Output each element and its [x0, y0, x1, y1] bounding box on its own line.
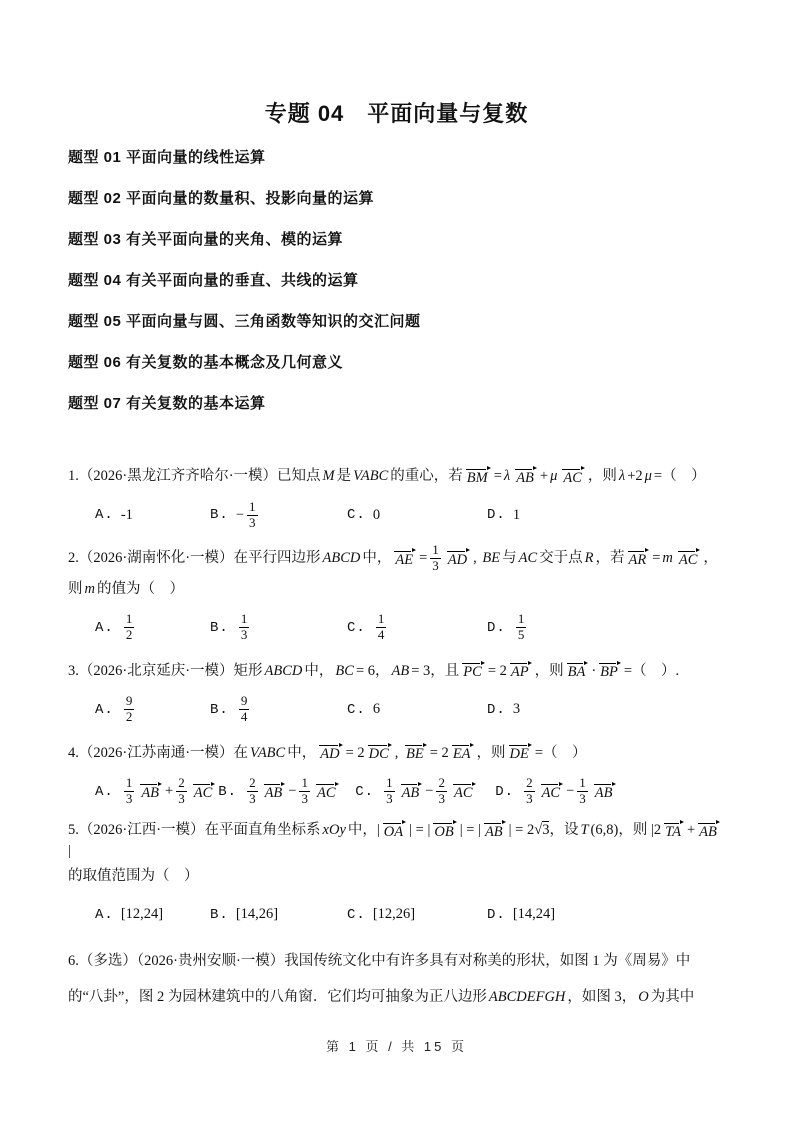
text-run: [14,24] — [513, 906, 555, 923]
text-run: − — [425, 783, 433, 800]
fraction-numerator: 9 — [124, 694, 135, 709]
math-var: λ — [619, 466, 625, 486]
fraction: 12 — [124, 612, 135, 643]
topic-heading-1: 题型 01 平面向量的线性运算 — [68, 148, 725, 167]
option-letter: B. — [210, 907, 229, 923]
text-run: ，则 — [477, 743, 506, 763]
math-var: M — [323, 466, 335, 486]
text-run: 2.（2026·湖南怀化·一模）在平行四边形 — [68, 548, 321, 568]
text-run: · — [591, 661, 596, 681]
fraction-numerator: 2 — [176, 776, 187, 791]
vector-term: AC — [541, 781, 564, 802]
question-5-line-2: 的取值范围为（ ） — [68, 861, 725, 891]
fraction-denominator: 4 — [239, 709, 250, 725]
option-letter: D. — [495, 784, 514, 800]
topic-heading-4: 题型 04 有关平面向量的垂直、共线的运算 — [68, 271, 725, 290]
fraction-denominator: 3 — [384, 791, 395, 807]
text-run: ， — [703, 548, 718, 568]
math-var: xOy — [323, 820, 346, 840]
vector-term: AC — [193, 781, 216, 802]
text-run: 是 — [337, 466, 352, 486]
vector-term: AD — [319, 742, 342, 763]
text-run: 4.（2026·江苏南通·一模）在 — [68, 743, 248, 763]
option-q5-D: D.[14,24] — [487, 906, 555, 923]
fraction: 13 — [577, 776, 588, 807]
fraction-numerator: 1 — [577, 776, 588, 791]
fraction: 13 — [247, 500, 258, 531]
fraction-denominator: 4 — [376, 627, 387, 643]
text-run: 1 — [513, 507, 520, 524]
option-letter: A. — [95, 702, 114, 718]
vector-term: OA — [383, 820, 406, 841]
question-1: 1.（2026·黑龙江齐齐哈尔·一模）已知点M是VABC的重心，若BM=λAB+… — [68, 461, 725, 539]
text-run: = 2 — [488, 661, 507, 681]
text-run: = 3，且 — [411, 661, 459, 681]
fraction: 13 — [299, 776, 310, 807]
fraction-numerator: 1 — [384, 776, 395, 791]
question-2: 2.（2026·湖南怀化·一模）在平行四边形ABCD中，AE=13AD, BE与… — [68, 543, 725, 652]
option-q3-A: A.92 — [95, 694, 210, 725]
fraction: 13 — [239, 612, 250, 643]
fraction-denominator: 3 — [524, 791, 535, 807]
text-run: 3 — [513, 701, 520, 718]
text-run: 5.（2026·江西·一模）在平面直角坐标系 — [68, 820, 321, 840]
question-5-options: A.[12,24]B.[14,26]C.[12,26]D.[14,24] — [68, 891, 725, 939]
fraction-denominator: 3 — [239, 627, 250, 643]
math-var: ABCD — [265, 661, 303, 681]
fraction-denominator: 3 — [124, 791, 135, 807]
vector-term: AB — [594, 781, 616, 802]
vector-term: OB — [433, 820, 456, 841]
math-var: λ — [504, 466, 510, 486]
option-letter: C. — [355, 784, 374, 800]
text-run: 6 — [373, 701, 380, 718]
fraction-denominator: 3 — [247, 791, 258, 807]
fraction-denominator: 2 — [124, 627, 135, 643]
math-var: μ — [550, 466, 557, 486]
option-letter: B. — [210, 620, 229, 636]
option-q1-B: B.−13 — [210, 500, 347, 531]
fraction-denominator: 3 — [299, 791, 310, 807]
fraction: 13 — [124, 776, 135, 807]
text-run: 中， — [304, 661, 333, 681]
option-q1-D: D.1 — [487, 507, 520, 524]
vector-term: AB — [515, 466, 537, 487]
text-run: = 6， — [356, 661, 390, 681]
question-2-line-2: 则m的值为（ ） — [68, 574, 725, 604]
option-letter: C. — [347, 507, 366, 523]
page-footer: 第 1 页 / 共 15 页 — [0, 1036, 793, 1055]
fraction: 23 — [524, 776, 535, 807]
question-1-options: A.-1B.−13C.0D.1 — [68, 491, 725, 539]
text-run: =（ ） — [535, 743, 587, 763]
question-5-line-1: 5.（2026·江西·一模）在平面直角坐标系xOy中，|OA| = |OB| =… — [68, 820, 725, 861]
fraction-denominator: 2 — [124, 709, 135, 725]
text-run: 的取值范围为（ ） — [68, 866, 199, 886]
vector-term: BP — [599, 660, 621, 681]
option-q3-D: D.3 — [487, 701, 520, 718]
vector-term: AB — [264, 781, 286, 802]
vector-term: DC — [368, 742, 392, 763]
fraction: 23 — [436, 776, 447, 807]
text-run: − — [566, 783, 574, 800]
topic-list: 题型 01 平面向量的线性运算题型 02 平面向量的数量积、投影向量的运算题型 … — [68, 148, 725, 413]
fraction-numerator: 1 — [239, 612, 250, 627]
option-q4-B: B.23AB−13AC — [218, 776, 355, 807]
option-letter: D. — [487, 507, 506, 523]
option-q1-A: A.-1 — [95, 507, 210, 524]
fraction: 13 — [430, 543, 441, 574]
option-letter: B. — [210, 702, 229, 718]
text-run: -1 — [121, 507, 133, 524]
vector-term: PC — [462, 660, 485, 681]
fraction: 14 — [376, 612, 387, 643]
fraction-numerator: 9 — [239, 694, 250, 709]
text-run: ，则 — [588, 466, 617, 486]
fraction: 15 — [516, 612, 527, 643]
vector-term: AP — [510, 660, 532, 681]
fraction-numerator: 2 — [524, 776, 535, 791]
vector-term: AD — [447, 548, 470, 569]
text-run: | = | — [460, 820, 481, 840]
fraction-denominator: 3 — [430, 558, 441, 574]
topic-heading-7: 题型 07 有关复数的基本运算 — [68, 394, 725, 413]
question-3-line-1: 3.（2026·北京延庆·一模）矩形ABCD中，BC= 6，AB= 3，且PC=… — [68, 656, 725, 686]
question-6-line-1: 6.（多选）（2026·贵州安顺·一模）我国传统文化中有许多具有对称美的形状，如… — [68, 943, 725, 979]
fraction-numerator: 1 — [247, 500, 258, 515]
fraction-numerator: 2 — [247, 776, 258, 791]
option-q5-B: B.[14,26] — [210, 906, 347, 923]
text-run: = — [419, 548, 427, 568]
vector-term: BE — [405, 742, 427, 763]
option-q1-C: C.0 — [347, 507, 487, 524]
question-2-line-1: 2.（2026·湖南怀化·一模）在平行四边形ABCD中，AE=13AD, BE与… — [68, 543, 725, 574]
question-6-line-2: 的“八卦”，图 2 为园林建筑中的八角窗．它们均可抽象为正八边形ABCDEFGH… — [68, 979, 725, 1015]
vector-term: AB — [401, 781, 423, 802]
option-q2-B: B.13 — [210, 612, 347, 643]
text-run: 6.（多选）（2026·贵州安顺·一模）我国传统文化中有许多具有对称美的形状，如… — [68, 951, 690, 971]
option-q2-D: D.15 — [487, 612, 529, 643]
fraction-numerator: 1 — [299, 776, 310, 791]
text-run: ，如图 3， — [567, 987, 636, 1007]
text-run: | — [68, 841, 71, 861]
option-letter: A. — [95, 507, 114, 523]
option-letter: A. — [95, 620, 114, 636]
math-var: m — [85, 579, 95, 599]
text-run: 的值为（ ） — [97, 579, 184, 599]
text-run: = 2 — [430, 743, 449, 763]
text-run: , — [395, 743, 402, 763]
text-run: 中， — [287, 743, 316, 763]
option-letter: B. — [218, 784, 237, 800]
question-list: 1.（2026·黑龙江齐齐哈尔·一模）已知点M是VABC的重心，若BM=λAB+… — [68, 461, 725, 1015]
text-run: 3.（2026·北京延庆·一模）矩形 — [68, 661, 263, 681]
vector-term: BM — [466, 466, 491, 487]
fraction-denominator: 3 — [436, 791, 447, 807]
question-4-line-1: 4.（2026·江苏南通·一模）在VABC中，AD= 2DC, BE= 2EA，… — [68, 738, 725, 768]
option-letter: D. — [487, 907, 506, 923]
fraction-numerator: 1 — [376, 612, 387, 627]
option-letter: A. — [95, 907, 114, 923]
text-run: 交于点 — [539, 548, 583, 568]
math-var: VABC — [353, 466, 388, 486]
text-run: =（ ）. — [624, 661, 679, 681]
math-var: VABC — [250, 743, 285, 763]
vector-term: AC — [453, 781, 476, 802]
text-run: [12,26] — [373, 906, 415, 923]
fraction: 23 — [176, 776, 187, 807]
question-4-options: A.13AB+23ACB.23AB−13ACC.13AB−23ACD.23AC−… — [68, 768, 725, 816]
option-letter: D. — [487, 620, 506, 636]
text-run: − — [236, 507, 244, 524]
option-letter: B. — [210, 507, 229, 523]
text-run: | = | — [409, 820, 430, 840]
page-number: 第 1 页 / 共 15 页 — [326, 1039, 467, 1054]
text-run: + — [540, 466, 548, 486]
vector-term: BA — [567, 660, 589, 681]
text-run: | = 2 — [509, 820, 535, 840]
text-run: = 2 — [346, 743, 365, 763]
math-var: O — [638, 987, 648, 1007]
text-run: ，设 — [549, 820, 578, 840]
text-run: + — [687, 820, 695, 840]
fraction: 23 — [247, 776, 258, 807]
math-var: AC — [519, 548, 538, 568]
text-run: = — [494, 466, 502, 486]
vector-term: TA — [664, 820, 684, 841]
question-3: 3.（2026·北京延庆·一模）矩形ABCD中，BC= 6，AB= 3，且PC=… — [68, 656, 725, 734]
text-run: = — [652, 548, 660, 568]
fraction-denominator: 3 — [176, 791, 187, 807]
vector-term: AB — [484, 820, 506, 841]
text-run: [14,26] — [236, 906, 278, 923]
topic-heading-6: 题型 06 有关复数的基本概念及几何意义 — [68, 353, 725, 372]
math-var: ABCDEFGH — [489, 987, 566, 1007]
text-run: + — [165, 783, 173, 800]
text-run: 与 — [502, 548, 517, 568]
text-run: − — [288, 783, 296, 800]
text-run: 中，| — [348, 820, 380, 840]
radical: √3 — [534, 820, 549, 840]
option-letter: C. — [347, 702, 366, 718]
fraction-denominator: 3 — [577, 791, 588, 807]
option-q4-A: A.13AB+23AC — [95, 776, 218, 807]
fraction-numerator: 1 — [124, 612, 135, 627]
topic-heading-3: 题型 03 有关平面向量的夹角、模的运算 — [68, 230, 725, 249]
math-var: BE — [482, 548, 500, 568]
topic-heading-2: 题型 02 平面向量的数量积、投影向量的运算 — [68, 189, 725, 208]
vector-term: AC — [562, 466, 585, 487]
option-letter: C. — [347, 907, 366, 923]
topic-heading-5: 题型 05 平面向量与圆、三角函数等知识的交汇问题 — [68, 312, 725, 331]
question-5: 5.（2026·江西·一模）在平面直角坐标系xOy中，|OA| = |OB| =… — [68, 820, 725, 939]
option-letter: A. — [95, 784, 114, 800]
text-run: 为其中 — [651, 987, 695, 1007]
vector-term: DE — [509, 742, 532, 763]
question-4: 4.（2026·江苏南通·一模）在VABC中，AD= 2DC, BE= 2EA，… — [68, 738, 725, 816]
fraction-numerator: 1 — [124, 776, 135, 791]
text-run: ，若 — [596, 548, 625, 568]
document-page: 专题 04 平面向量与复数 题型 01 平面向量的线性运算题型 02 平面向量的… — [0, 0, 793, 1122]
option-q3-C: C.6 — [347, 701, 487, 718]
math-var: ABCD — [323, 548, 361, 568]
option-letter: D. — [487, 702, 506, 718]
fraction-numerator: 1 — [516, 612, 527, 627]
vector-term: AC — [678, 548, 701, 569]
page-title: 专题 04 平面向量与复数 — [68, 0, 725, 128]
question-2-options: A.12B.13C.14D.15 — [68, 604, 725, 652]
question-1-line-1: 1.（2026·黑龙江齐齐哈尔·一模）已知点M是VABC的重心，若BM=λAB+… — [68, 461, 725, 491]
option-q3-B: B.94 — [210, 694, 347, 725]
math-var: μ — [645, 466, 652, 486]
option-q2-A: A.12 — [95, 612, 210, 643]
vector-term: AB — [140, 781, 162, 802]
option-q5-A: A.[12,24] — [95, 906, 210, 923]
text-run: 的“八卦”，图 2 为园林建筑中的八角窗．它们均可抽象为正八边形 — [68, 987, 487, 1007]
option-q4-D: D.23AC−13AB — [495, 776, 618, 807]
vector-term: AC — [316, 781, 339, 802]
fraction: 92 — [124, 694, 135, 725]
fraction-numerator: 2 — [436, 776, 447, 791]
fraction-denominator: 5 — [516, 627, 527, 643]
option-q5-C: C.[12,26] — [347, 906, 487, 923]
text-run: =（ ） — [654, 466, 706, 486]
text-run: , — [473, 548, 480, 568]
question-6: 6.（多选）（2026·贵州安顺·一模）我国传统文化中有许多具有对称美的形状，如… — [68, 943, 725, 1015]
text-run: 则 — [68, 579, 83, 599]
text-run: 的重心，若 — [390, 466, 463, 486]
question-3-options: A.92B.94C.6D.3 — [68, 686, 725, 734]
text-run: ，则 — [535, 661, 564, 681]
text-run: [12,24] — [121, 906, 163, 923]
math-var: R — [585, 548, 594, 568]
option-q2-C: C.14 — [347, 612, 487, 643]
option-q4-C: C.13AB−23AC — [355, 776, 495, 807]
vector-term: AR — [628, 548, 650, 569]
fraction-denominator: 3 — [247, 515, 258, 531]
fraction-numerator: 1 — [430, 543, 441, 558]
option-letter: C. — [347, 620, 366, 636]
fraction: 13 — [384, 776, 395, 807]
text-run: 0 — [373, 507, 380, 524]
vector-term: EA — [452, 742, 474, 763]
text-run: 中， — [362, 548, 391, 568]
math-var: T — [580, 820, 588, 840]
math-var: BC — [335, 661, 354, 681]
math-var: m — [662, 548, 672, 568]
math-var: AB — [392, 661, 410, 681]
radicand: 3 — [542, 821, 549, 838]
fraction: 94 — [239, 694, 250, 725]
text-run: +2 — [627, 466, 642, 486]
text-run: 1.（2026·黑龙江齐齐哈尔·一模）已知点 — [68, 466, 321, 486]
vector-term: AB — [698, 820, 720, 841]
vector-term: AE — [394, 548, 416, 569]
text-run: (6,8)，则 |2 — [591, 820, 662, 840]
